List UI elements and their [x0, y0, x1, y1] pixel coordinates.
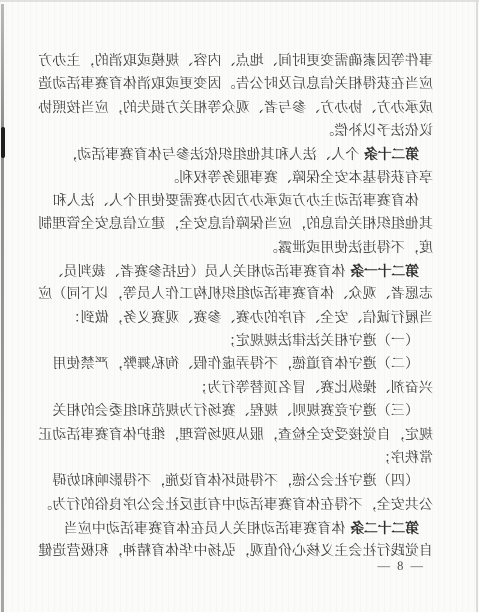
text-line: 体育赛事活动主办方或承办方因办赛需要使用个人、法人和	[53, 190, 433, 213]
scan-edge-shadow	[1, 4, 4, 612]
line-text: 体育赛事活动相关人员在体育赛事活动中应当	[64, 522, 346, 537]
page-number: — 8 —	[376, 559, 424, 574]
line-text: 常秩序；	[377, 451, 433, 466]
text-line: 当履行诚信、安全、有序的办赛、参赛、观赛义务，做到：	[53, 307, 433, 330]
text-line: 成承办方、协办方、参与者、观众等相关方损失的，应当按照协	[53, 97, 433, 120]
text-line: 度，不得违法使用或泄露。	[53, 237, 433, 260]
text-line-article-22: 第二十二条体育赛事活动相关人员在体育赛事活动中应当	[53, 517, 433, 540]
text-line-article-20: 第二十条个人、法人和其他组织依法参与体育赛事活动，	[53, 143, 433, 166]
line-text: 议依法予以补偿。	[320, 124, 433, 139]
line-text: （一）遵守相关法律法规规定；	[222, 334, 419, 349]
line-text: 事件等因素确需变更时间、地点、内容、规模或取消的，主办方	[38, 54, 433, 69]
article-number: 第二十条	[364, 146, 419, 162]
line-text: 体育赛事活动相关人员（包括参赛者、裁判员、	[49, 265, 345, 280]
line-text: 其他组织相关信息的，应当保障信息安全，建立信息安全管理制	[38, 217, 433, 232]
text-line: 规定，自觉接受安全检查，服从现场管理，维护体育赛事活动正	[53, 424, 433, 447]
scanned-page: 事件等因素确需变更时间、地点、内容、规模或取消的，主办方 应当在获得相关信息后及…	[0, 0, 479, 612]
text-line-article-21: 第二十一条体育赛事活动相关人员（包括参赛者、裁判员、	[53, 260, 433, 283]
line-text: 志愿者、观众、体育赛事活动组织机构工作人员等，以下同）应	[38, 287, 433, 302]
line-text: （二）遵守体育道德，不得弄虚作假、徇私舞弊，严禁使用	[52, 357, 419, 372]
text-line: 兴奋剂、操纵比赛、冒名顶替等行为；	[53, 377, 433, 400]
line-text: 公共安全，不得在体育赛事活动中有违反社会公序良俗的行为。	[38, 498, 433, 513]
text-line: 事件等因素确需变更时间、地点、内容、规模或取消的，主办方	[53, 50, 433, 73]
article-number: 第二十一条	[351, 263, 420, 279]
text-line: 享有获得基本安全保障、赛事服务等权利。	[53, 167, 433, 190]
scan-edge-right-line	[476, 0, 478, 612]
scan-edge-dark-mark	[1, 127, 5, 158]
line-text: 兴奋剂、操纵比赛、冒名顶替等行为；	[193, 381, 433, 396]
line-text: （三）遵守竞赛规则、规程、赛场行为规范和组委会的相关	[52, 404, 419, 419]
text-line: 志愿者、观众、体育赛事活动组织机构工作人员等，以下同）应	[53, 283, 433, 306]
text-line: 常秩序；	[53, 447, 433, 470]
line-text: 享有获得基本安全保障、赛事服务等权利。	[165, 171, 433, 186]
text-line: 议依法予以补偿。	[53, 120, 433, 143]
line-text: 当履行诚信、安全、有序的办赛、参赛、观赛义务，做到：	[66, 311, 433, 326]
text-line-item-3: （三）遵守竞赛规则、规程、赛场行为规范和组委会的相关	[53, 400, 433, 423]
line-text: 体育赛事活动主办方或承办方因办赛需要使用个人、法人和	[52, 194, 419, 209]
document-text-block: 事件等因素确需变更时间、地点、内容、规模或取消的，主办方 应当在获得相关信息后及…	[53, 50, 433, 564]
scan-edge-top	[0, 0, 479, 2]
line-text: 度，不得违法使用或泄露。	[264, 241, 433, 256]
text-line-item-4: （四）遵守社会公德，不得损坏体育设施，不得影响和妨碍	[53, 470, 433, 493]
line-text: 个人、法人和其他组织依法参与体育赛事活动，	[63, 148, 359, 163]
line-text: 规定，自觉接受安全检查，服从现场管理，维护体育赛事活动正	[38, 428, 433, 443]
mirrored-page-content: 事件等因素确需变更时间、地点、内容、规模或取消的，主办方 应当在获得相关信息后及…	[0, 0, 479, 612]
text-line: 其他组织相关信息的，应当保障信息安全，建立信息安全管理制	[53, 213, 433, 236]
line-text: 自觉践行社会主义核心价值观，弘扬中华体育精神，积极营造健	[38, 544, 433, 559]
article-number: 第二十二条	[351, 520, 420, 536]
text-line: 应当在获得相关信息后及时公告。因变更或取消体育赛事活动造	[53, 73, 433, 96]
line-text: 成承办方、协办方、参与者、观众等相关方损失的，应当按照协	[38, 101, 433, 116]
line-text: （四）遵守社会公德，不得损坏体育设施，不得影响和妨碍	[52, 474, 419, 489]
line-text: 应当在获得相关信息后及时公告。因变更或取消体育赛事活动造	[38, 77, 433, 92]
text-line-item-2: （二）遵守体育道德，不得弄虚作假、徇私舞弊，严禁使用	[53, 353, 433, 376]
text-line: 公共安全，不得在体育赛事活动中有违反社会公序良俗的行为。	[53, 494, 433, 517]
text-line-item-1: （一）遵守相关法律法规规定；	[53, 330, 433, 353]
